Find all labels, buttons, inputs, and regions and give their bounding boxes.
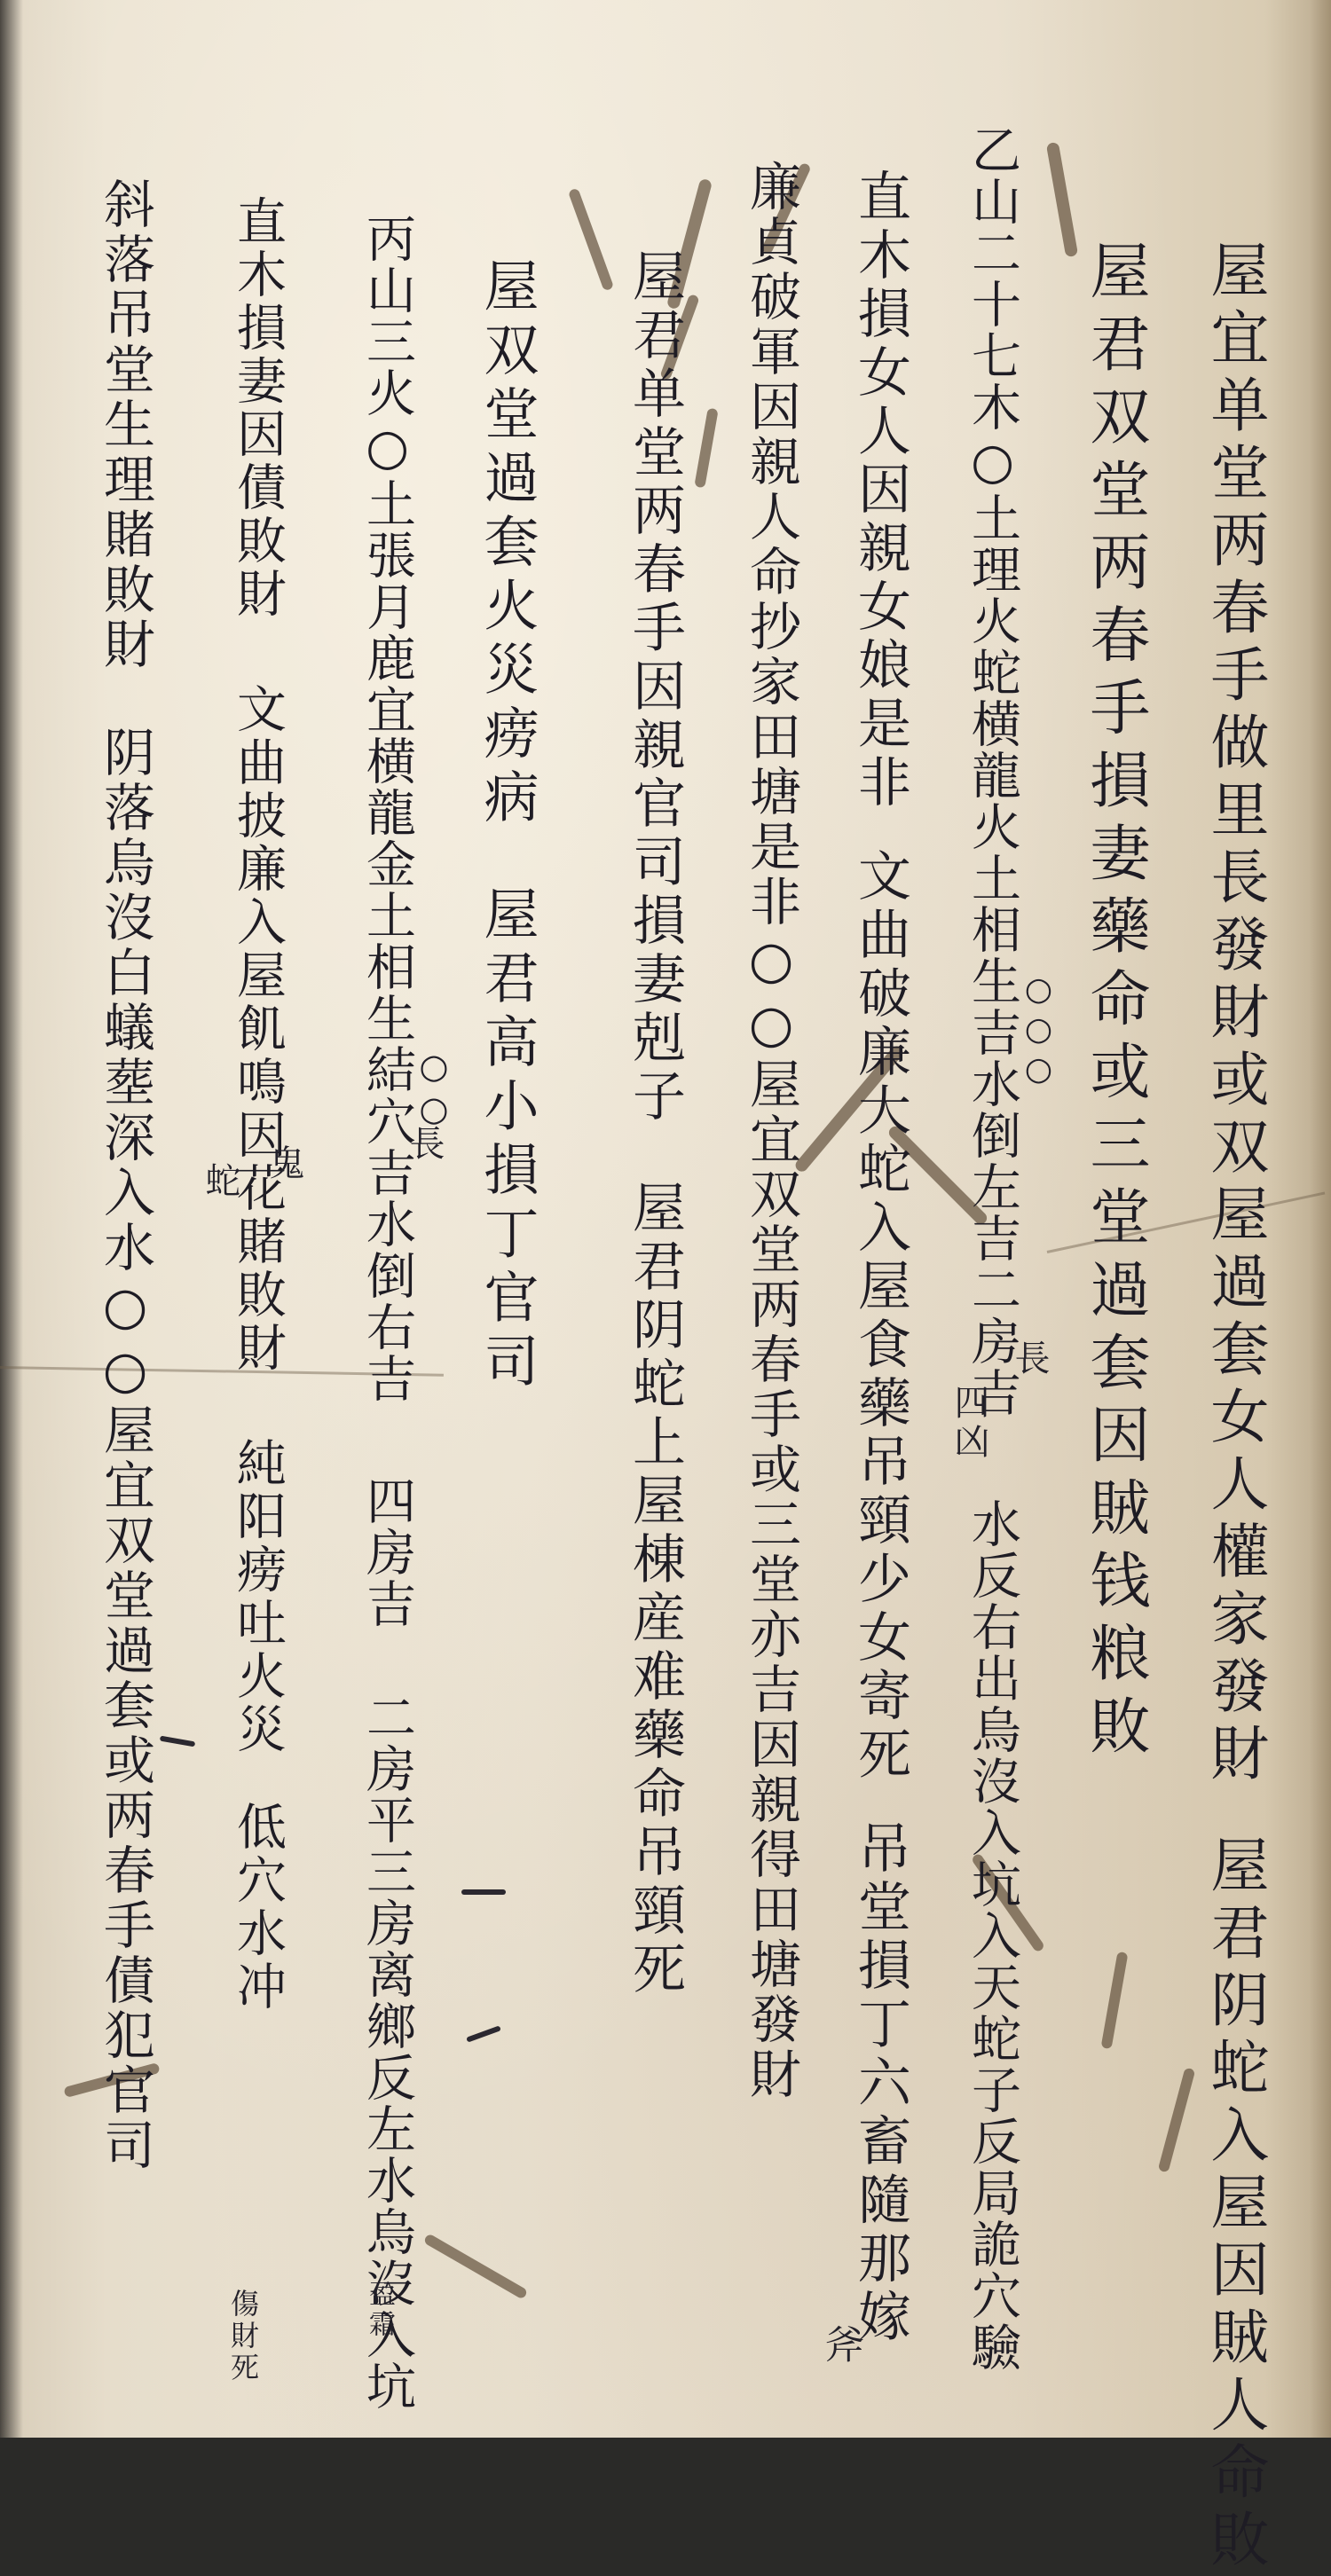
- page-right-edge: [1310, 0, 1331, 2438]
- column-3-circles: ○○○: [1022, 971, 1054, 1091]
- column-9-segment-1: 直木損妻因債敗財: [229, 195, 287, 621]
- text-column-6: 屋君单堂两春手因親官司損妻剋子屋君阴蛇上屋棟産难藥命吊頸死: [628, 248, 681, 1999]
- column-3-segment-2: 水反右出烏沒入坑入天蛇子反局詭穴驗: [964, 1498, 1021, 2373]
- wormhole-mark: [1158, 2067, 1196, 2172]
- column-1-segment-2: 屋君阴蛇入屋因賊人命敗: [1201, 1834, 1269, 2438]
- column-2-segment-1: 屋君双堂两春手損妻藥命或三堂過套因賊钱粮敗: [1080, 240, 1150, 1767]
- column-8-segment-1: 丙山三火○土張月鹿宜横龍金土相生結穴吉水倒右吉: [358, 213, 416, 1404]
- column-6-segment-1: 屋君单堂两春手因親官司損妻剋子: [624, 248, 686, 1127]
- page-left-shadow: [0, 0, 23, 2438]
- column-1-segment-1: 屋宜单堂两春手做里長發財或双屋過套女人權家發財: [1201, 240, 1269, 1790]
- column-9-segment-3: 入屋飢鳴因花賭敗財: [229, 896, 287, 1375]
- column-4-segment-1: 直木損女人因親女娘是非: [849, 169, 911, 813]
- column-6-segment-2: 屋君阴蛇上屋棟産难藥命吊頸死: [624, 1180, 686, 1999]
- column-9-bottom-note: 傷財死: [229, 2289, 257, 2384]
- column-4-segment-2: 文曲破廉大蛇入屋食藥吊頸少女寄死: [849, 848, 911, 1785]
- column-3-segment-1: 乙山二十七木○土理火蛇横龍火土相生吉水倒左吉二房吉: [964, 124, 1021, 1418]
- column-9-segment-4: 純阳痨吐火災: [229, 1437, 287, 1756]
- column-8-side-chang: 長: [406, 1125, 442, 1164]
- column-9-segment-5: 低穴水冲: [229, 1801, 287, 2014]
- column-7-dash-mark: [461, 1889, 506, 1895]
- text-column-9: 直木損妻因債敗財文曲披廉入屋飢鳴因花賭敗財純阳痨吐火災低穴水冲: [232, 195, 282, 2014]
- text-column-3: 乙山二十七木○土理火蛇横龍火土相生吉水倒左吉二房吉水反右出烏沒入坑入天蛇子反局詭…: [967, 124, 1017, 2373]
- column-4-bottom-note: 斧: [821, 2324, 860, 2367]
- text-column-2: 屋君双堂两春手損妻藥命或三堂過套因賊钱粮敗: [1084, 240, 1145, 1767]
- column-8-bottom-note: 盈霜: [366, 2280, 392, 2340]
- text-column-1: 屋宜单堂两春手做里長發財或双屋過套女人權家發財屋君阴蛇入屋因賊人命敗: [1205, 240, 1264, 2438]
- text-column-10: 斜落吊堂生理賭敗財阴落烏沒白蟻塟深入水○○屋宜双堂過套或两春手債犯官司: [99, 177, 151, 2173]
- text-column-4: 直木損女人因親女娘是非文曲破廉大蛇入屋食藥吊頸少女寄死吊堂損丁六畜隨那嫁: [854, 169, 907, 2347]
- column-7-dash-mark-2: [466, 2025, 501, 2042]
- column-3-side-sixiong: 四凶: [951, 1384, 987, 1462]
- wormhole-mark: [1046, 142, 1078, 257]
- wormhole-mark: [1101, 1952, 1129, 2049]
- column-9-side-snake: 蛇: [202, 1162, 238, 1201]
- column-7-segment-2: 屋君高小損丁官司: [475, 885, 539, 1396]
- column-9-segment-2: 文曲披廉: [229, 683, 287, 896]
- column-10-segment-2: 阴落烏沒白蟻塟深入水○○屋宜双堂過套或两春手債犯官司: [95, 726, 155, 2173]
- column-10-segment-1: 斜落吊堂生理賭敗財: [95, 177, 155, 672]
- text-column-7: 屋双堂過套火災痨病屋君高小損丁官司: [479, 257, 534, 1396]
- column-8-circles: ○○: [417, 1047, 451, 1132]
- column-8-segment-2: 四房吉: [358, 1475, 416, 1630]
- wormhole-mark: [568, 188, 614, 292]
- column-4-segment-3: 吊堂損丁六畜隨那嫁: [849, 1820, 911, 2347]
- manuscript-page: 屋宜单堂两春手做里長發財或双屋過套女人權家發財屋君阴蛇入屋因賊人命敗 屋君双堂两…: [0, 0, 1331, 2438]
- text-column-5: 廉貞破軍因親人命抄家田塘是非○○屋宜双堂两春手或三堂亦吉因親得田塘發財: [745, 160, 797, 2102]
- column-7-segment-1: 屋双堂過套火災痨病: [475, 257, 539, 832]
- column-3-side-chang: 長: [1012, 1339, 1047, 1378]
- column-9-side-gui: 鬼: [266, 1144, 302, 1183]
- wormhole-mark: [423, 2233, 529, 2299]
- column-5-segment-1: 廉貞破軍因親人命抄家田塘是非○○屋宜双堂两春手或三堂亦吉因親得田塘發財: [741, 160, 801, 2102]
- column-9-dash-mark: [160, 1736, 195, 1747]
- wormhole-mark: [694, 408, 718, 489]
- text-column-8: 丙山三火○土張月鹿宜横龍金土相生結穴吉水倒右吉四房吉二房平三房离鄉反左水烏沒入坑: [362, 213, 412, 2412]
